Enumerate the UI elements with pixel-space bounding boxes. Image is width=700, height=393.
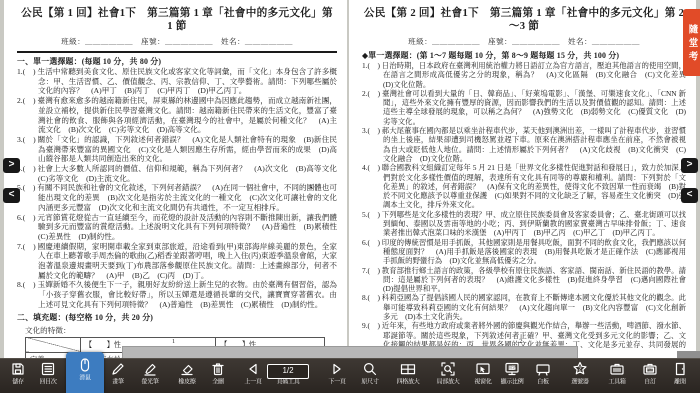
button-label: 螢光筆 bbox=[133, 379, 166, 386]
question-item: 5.( ) 下列哪些是文化多樣性的表現？甲、成立原住民族委員會及客家委員會；乙、… bbox=[362, 210, 686, 238]
button-label: 白板 bbox=[526, 379, 559, 386]
bottom-toolbar: 儲存 回目次 滑鼠 畫筆 螢光筆 bbox=[0, 358, 700, 393]
button-label: 顯示比例 bbox=[495, 379, 528, 386]
button-label: 原尺寸 bbox=[353, 379, 386, 386]
question-item: 7.( ) 教育部推行鄉土語言的政策，各級學校有原住民族語、客家語、閩南話、新住… bbox=[362, 266, 686, 294]
question-item: 1.( ) 生活中常聽到美食文化、原住民族文化或客家文化等詞彙，而「文化」本身包… bbox=[17, 67, 337, 96]
question-item: 8.( ) 玉嬋新婚不久後便生下一子，親朋好友紛紛送上新生兒的衣物。由於臺灣有個… bbox=[17, 280, 337, 309]
section-heading: ◆單一選擇題：(第 1～7 題每題 10 分，第 8～9 題每題 15 分，共 … bbox=[362, 50, 686, 61]
toolbox-icon bbox=[599, 361, 635, 379]
button-label: 下一頁 bbox=[320, 379, 353, 386]
fill-table-intro: 文化的特徵： bbox=[25, 325, 337, 336]
left-edge-next-button[interactable]: > bbox=[3, 158, 20, 173]
question-item: 6.( ) 元宵節賞花燈從古一直延續至今，而花燈的設計及活動的內容則不斷推陳出新… bbox=[17, 213, 337, 242]
button-label: 回目次 bbox=[31, 379, 64, 386]
region-magnifier-icon bbox=[430, 361, 466, 379]
right-triangle-icon bbox=[319, 361, 355, 379]
highlighter-icon bbox=[132, 361, 168, 379]
page-2: 公民【第 2 回】社會1下 第三篇第 1 章「社會中的多元文化」第 2～3 節 … bbox=[349, 0, 696, 359]
number-picker-button[interactable]: 2 選號器 bbox=[562, 360, 598, 393]
diagonal-cell bbox=[26, 337, 81, 352]
partial-zoom-button[interactable]: 局部放大 bbox=[430, 360, 466, 393]
next-page-button[interactable]: 下一頁 bbox=[319, 360, 355, 393]
button-label: 頁碼工具 bbox=[267, 379, 309, 386]
highlighter-tool-button[interactable]: 螢光筆 bbox=[132, 360, 168, 393]
question-item: 6.( ) 印度的傳統習慣是用手抓飯，其他國家則是用餐具吃飯，面對不同的飲食文化… bbox=[362, 238, 686, 266]
button-label: 選號器 bbox=[563, 379, 596, 386]
student-info-line: 班級：＿＿＿＿＿＿ 座號：＿＿＿＿＿＿ 姓名：＿＿＿＿＿＿ bbox=[17, 36, 337, 47]
question-item: 8.( ) 科莉亞國為了提倡該國人民的國家認同，在教育上不斷傳達本國文化優於其他… bbox=[362, 293, 686, 321]
student-info-line: 班級：＿＿＿＿＿＿ 座號：＿＿＿＿＿＿ 姓名：＿＿＿＿＿＿ bbox=[362, 36, 686, 47]
question-item: 1.( ) 日治時期，日本政府在臺灣利用統治權力將日語訂立為官方語言，壓迫其他語… bbox=[362, 61, 686, 89]
quiz-tab[interactable]: 隨堂考 bbox=[683, 9, 700, 76]
page-title: 公民【第 1 回】社會1下 第三篇第 1 章「社會中的多元文化」第 1 節 bbox=[17, 7, 337, 33]
button-label: 全刪 bbox=[201, 379, 234, 386]
question-item: 7.( ) 國慶連續假期，家明開車載全家到東部旅遊，沿途看到(甲)東部海岸線美麗… bbox=[17, 242, 337, 281]
mouse-tool-button[interactable]: 滑鼠 bbox=[66, 352, 104, 393]
page-indicator-tool[interactable]: 1/2 頁碼工具 bbox=[265, 360, 311, 393]
trash-icon bbox=[200, 361, 236, 379]
svg-text:自訂: 自訂 bbox=[646, 367, 654, 372]
page-1: 公民【第 1 回】社會1下 第三篇第 1 章「社會中的多元文化」第 1 節 班級… bbox=[4, 0, 347, 359]
question-item: 5.( ) 有關不同民族和社會的文化敘述，下列何者錯誤？ (A)在同一個社會中，… bbox=[17, 183, 337, 212]
page-indicator: 1/2 bbox=[267, 364, 309, 379]
svg-text:2: 2 bbox=[578, 367, 581, 373]
header-rule bbox=[17, 51, 337, 53]
button-label: 畫筆 bbox=[101, 379, 134, 386]
four-panel-zoom-button[interactable]: 四格放大 bbox=[390, 360, 426, 393]
back-to-toc-button[interactable]: 回目次 bbox=[30, 360, 66, 393]
magnifier-icon bbox=[352, 361, 388, 379]
right-edge-next-button[interactable]: > bbox=[681, 158, 698, 173]
section-heading: 二、填充題：(每空格 10 分，共 20 分) bbox=[17, 312, 337, 323]
original-size-button[interactable]: 原尺寸 bbox=[352, 360, 388, 393]
question-item: 3.( ) 關於「文化」的認識，下列敘述何者錯誤？ (A)文化是人類社會特有的現… bbox=[17, 135, 337, 164]
toolbox-button[interactable]: 工具箱 bbox=[599, 360, 635, 393]
whiteboard-icon bbox=[525, 361, 561, 379]
button-label: 離開 bbox=[663, 379, 696, 386]
exit-button[interactable]: 離開 bbox=[662, 360, 698, 393]
document-viewport: 公民【第 1 回】社會1下 第三篇第 1 章「社會中的多元文化」第 1 節 班級… bbox=[0, 0, 700, 359]
question-item: 2.( ) 臺灣社會可以看到大量的「日、韓商品」、「好萊塢電影」、「漢堡、可樂速… bbox=[362, 89, 686, 126]
section-heading: 一、單一選擇題：(每題 10 分，共 80 分) bbox=[17, 56, 337, 67]
delete-all-button[interactable]: 全刪 bbox=[200, 360, 236, 393]
page-title: 公民【第 2 回】社會1下 第三篇第 1 章「社會中的多元文化」第 2～3 節 bbox=[362, 7, 686, 33]
question-item: 4.( ) 聯合國教科文組織訂定每年 5 月 21 日是「世界文化多樣性促進對話… bbox=[362, 163, 686, 209]
page-number-footer: 1 bbox=[172, 338, 175, 345]
svg-text:固定: 固定 bbox=[508, 364, 516, 370]
star-number-icon: 2 bbox=[562, 361, 598, 379]
question-item: 3.( ) 郝大尾董事在國內都是以乘坐計程車代步，某天他到澳洲出差，一樣叫了計程… bbox=[362, 126, 686, 163]
button-label: 橡皮擦 bbox=[170, 379, 203, 386]
app-window: 公民【第 1 回】社會1下 第三篇第 1 章「社會中的多元文化」第 1 節 班級… bbox=[0, 0, 700, 393]
button-label: 局部放大 bbox=[431, 379, 464, 386]
question-item: 2.( ) 臺灣有愈來愈多的越南籍新住民，屏東縣的林邊國中為因應此趨勢，而成立越… bbox=[17, 96, 337, 135]
question-item: 4.( ) 社會上大多數人所認同的價值、信仰和規範，稱為下列何者？ (A)次文化… bbox=[17, 164, 337, 183]
pen-tool-button[interactable]: 畫筆 bbox=[100, 360, 136, 393]
mouse-icon bbox=[66, 357, 104, 375]
door-exit-icon bbox=[662, 361, 698, 379]
button-label: 工具箱 bbox=[600, 379, 633, 386]
left-edge-prev-button[interactable]: < bbox=[3, 188, 20, 203]
whiteboard-button[interactable]: 白板 bbox=[525, 360, 561, 393]
toc-list-icon bbox=[30, 361, 66, 379]
four-grid-icon bbox=[390, 361, 426, 379]
pen-icon bbox=[100, 361, 136, 379]
page-number-footer: 2 bbox=[519, 338, 522, 345]
button-label: 四格放大 bbox=[391, 379, 424, 386]
right-edge-prev-button[interactable]: < bbox=[681, 188, 698, 203]
button-label: 滑鼠 bbox=[68, 375, 103, 382]
